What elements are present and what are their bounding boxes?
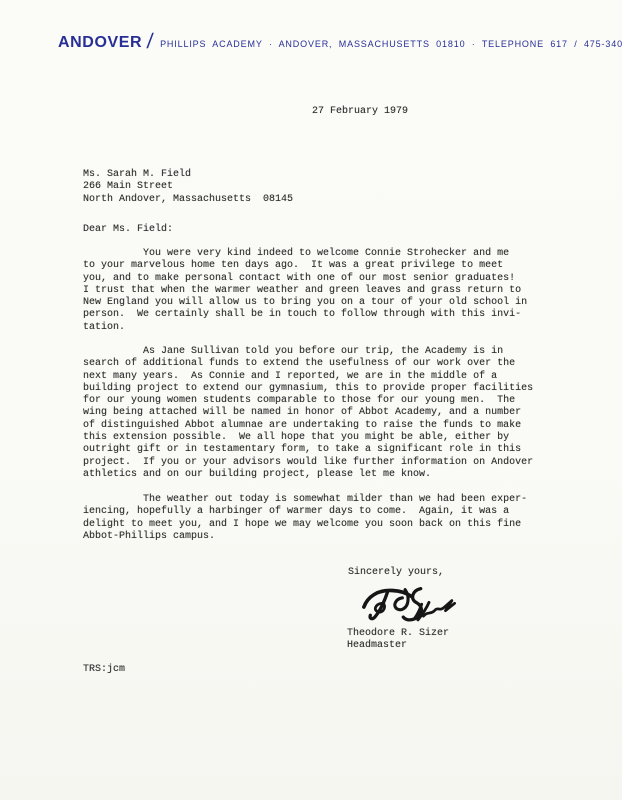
letterhead: ANDOVER / PHILLIPS ACADEMY · ANDOVER, MA… bbox=[58, 29, 622, 53]
recipient-address: Ms. Sarah M. Field 266 Main Street North… bbox=[83, 169, 293, 206]
salutation: Dear Ms. Field: bbox=[83, 224, 173, 236]
letter-page: ANDOVER / PHILLIPS ACADEMY · ANDOVER, MA… bbox=[0, 0, 622, 800]
letterhead-address-phone: PHILLIPS ACADEMY · ANDOVER, MASSACHUSETT… bbox=[160, 39, 622, 49]
signature-icon bbox=[358, 585, 466, 629]
letter-date: 27 February 1979 bbox=[312, 106, 408, 118]
letterhead-slash-mark: / bbox=[146, 30, 154, 54]
letterhead-school-name: ANDOVER bbox=[58, 34, 142, 52]
body-paragraph-3: The weather out today is somewhat milder… bbox=[83, 494, 527, 543]
typist-reference: TRS:jcm bbox=[83, 664, 125, 676]
body-paragraph-1: You were very kind indeed to welcome Con… bbox=[83, 248, 527, 334]
body-paragraph-2: As Jane Sullivan told you before our tri… bbox=[83, 346, 533, 481]
complimentary-closing: Sincerely yours, bbox=[348, 567, 444, 579]
signed-name-title: Theodore R. Sizer Headmaster bbox=[347, 628, 449, 653]
